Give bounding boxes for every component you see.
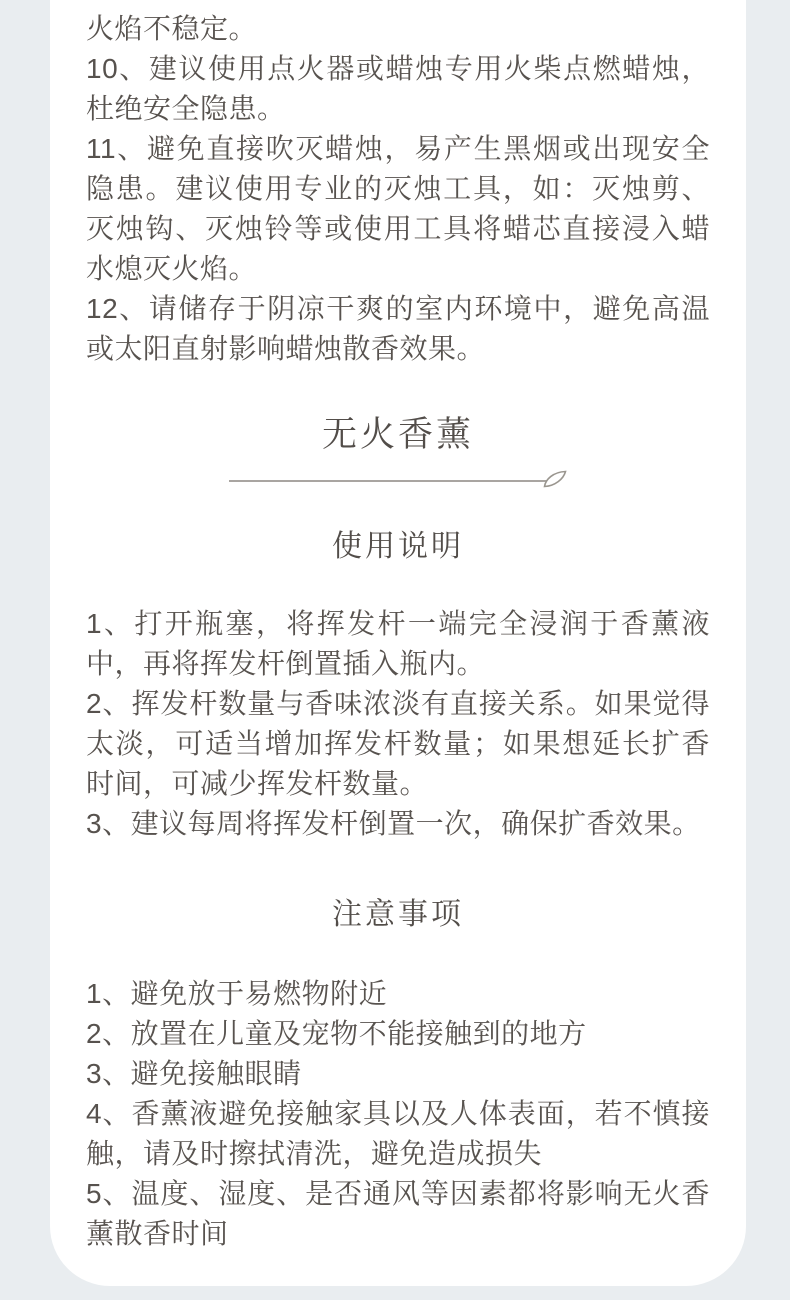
usage-heading: 使用说明 (86, 527, 710, 567)
leaf-icon (543, 470, 567, 488)
notice-item: 4、香薰液避免接触家具以及人体表面，若不慎接触，请及时擦拭清洗，避免造成损失 (86, 1094, 710, 1174)
notice-item: 2、放置在儿童及宠物不能接触到的地方 (86, 1014, 710, 1054)
divider-line (229, 480, 547, 482)
candle-instructions-block: 火焰不稳定。 10、建议使用点火器或蜡烛专用火柴点燃蜡烛，杜绝安全隐患。 11、… (86, 9, 710, 369)
usage-instructions-block: 1、打开瓶塞，将挥发杆一端完全浸润于香薰液中，再将挥发杆倒置插入瓶内。 2、挥发… (86, 604, 710, 844)
usage-item: 3、建议每周将挥发杆倒置一次，确保扩香效果。 (86, 804, 710, 844)
notice-item: 1、避免放于易燃物附近 (86, 974, 710, 1014)
section-divider (86, 467, 710, 485)
section-title-flameless-aroma: 无火香薰 (86, 413, 710, 457)
usage-item: 1、打开瓶塞，将挥发杆一端完全浸润于香薰液中，再将挥发杆倒置插入瓶内。 (86, 604, 710, 684)
notice-item: 3、避免接触眼睛 (86, 1054, 710, 1094)
notice-items-block: 1、避免放于易燃物附近 2、放置在儿童及宠物不能接触到的地方 3、避免接触眼睛 … (86, 974, 710, 1254)
instruction-paragraph: 12、请储存于阴凉干爽的室内环境中，避免高温或太阳直射影响蜡烛散香效果。 (86, 289, 710, 369)
usage-item: 2、挥发杆数量与香味浓淡有直接关系。如果觉得太淡，可适当增加挥发杆数量；如果想延… (86, 684, 710, 804)
instruction-paragraph: 火焰不稳定。 (86, 9, 710, 49)
instruction-paragraph: 11、避免直接吹灭蜡烛，易产生黑烟或出现安全隐患。建议使用专业的灭烛工具，如：灭… (86, 129, 710, 289)
notice-item: 5、温度、湿度、是否通风等因素都将影响无火香薰散香时间 (86, 1174, 710, 1254)
instruction-paragraph: 10、建议使用点火器或蜡烛专用火柴点燃蜡烛，杜绝安全隐患。 (86, 49, 710, 129)
product-description-card: 火焰不稳定。 10、建议使用点火器或蜡烛专用火柴点燃蜡烛，杜绝安全隐患。 11、… (50, 0, 746, 1286)
notice-heading: 注意事项 (86, 895, 710, 935)
